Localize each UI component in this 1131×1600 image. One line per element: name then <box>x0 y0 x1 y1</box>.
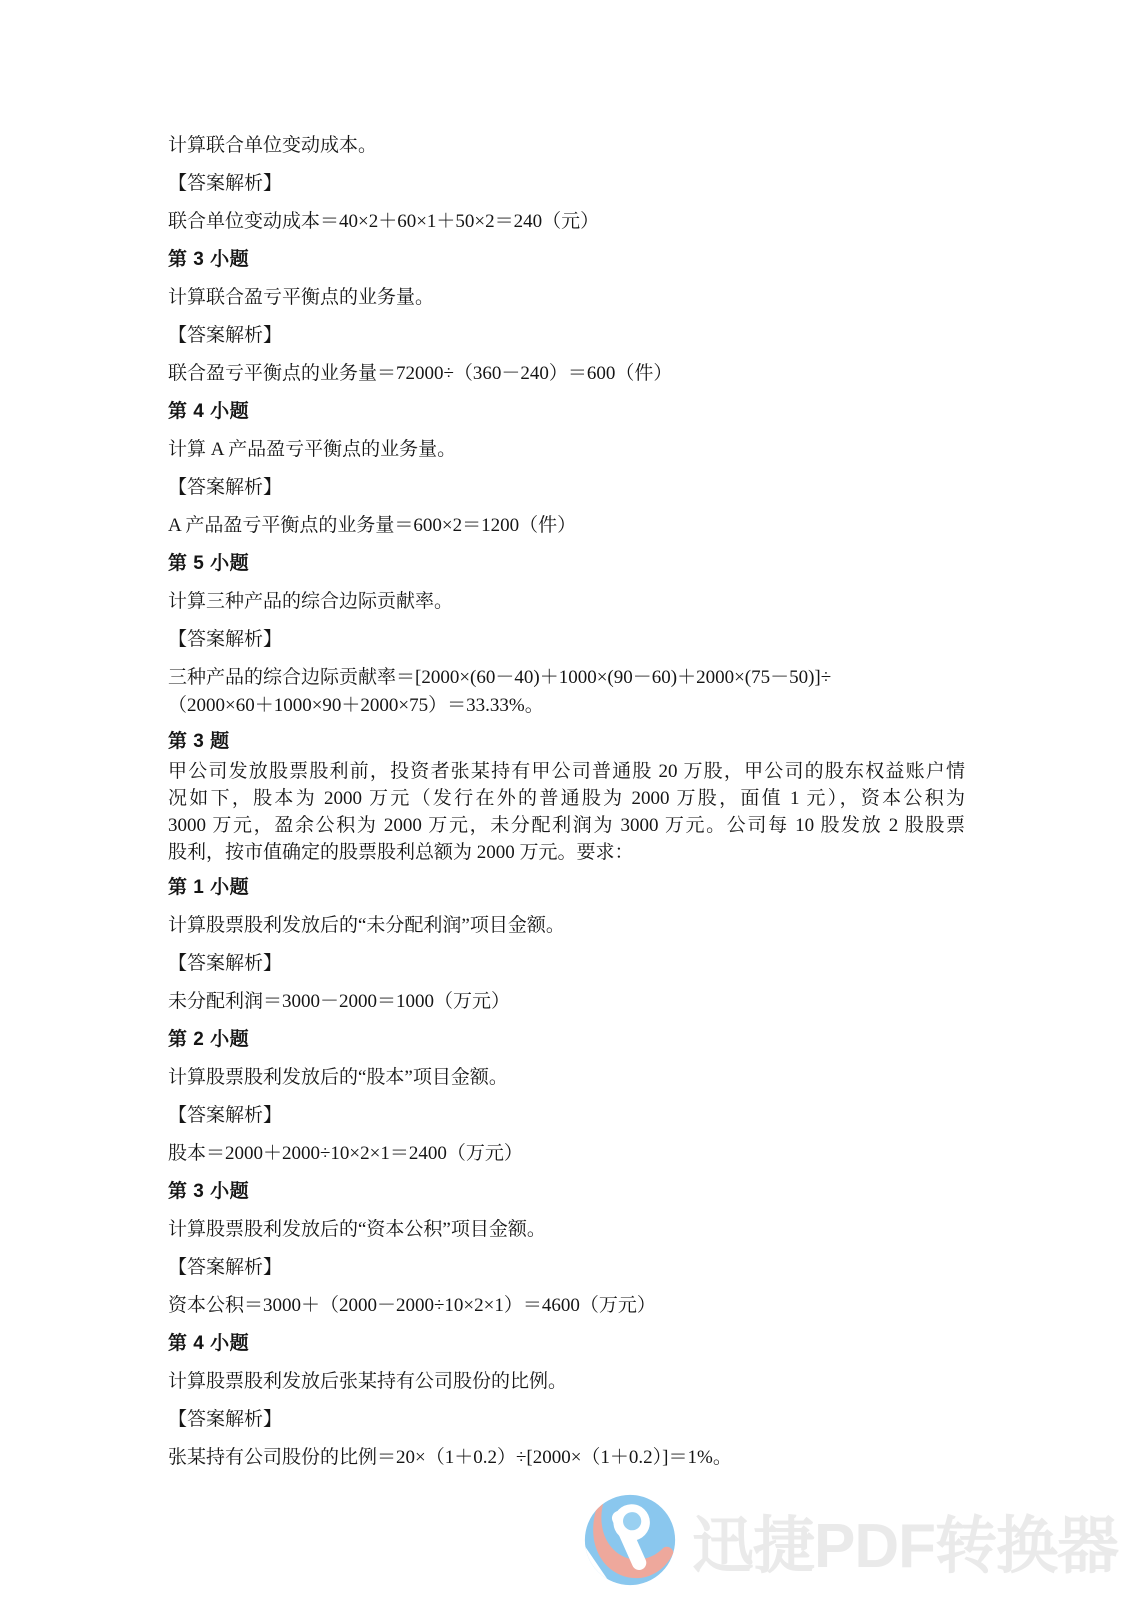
body-line: 计算 A 产品盈亏平衡点的业务量。 <box>168 436 965 464</box>
body-line: 计算股票股利发放后张某持有公司股份的比例。 <box>168 1368 965 1396</box>
text-line: 甲公司发放股票股利前，投资者张某持有甲公司普通股 20 万股，甲公司的股东权益账… <box>168 758 965 785</box>
text-line: （2000×60＋1000×90＋2000×75）＝33.33%。 <box>168 692 965 720</box>
body-line: 计算三种产品的综合边际贡献率。 <box>168 588 965 616</box>
body-line: 联合盈亏平衡点的业务量＝72000÷（360－240）＝600（件） <box>168 360 965 388</box>
body-line: A 产品盈亏平衡点的业务量＝600×2＝1200（件） <box>168 512 965 540</box>
body-line: 计算股票股利发放后的“未分配利润”项目金额。 <box>168 912 965 940</box>
body-line: 计算联合单位变动成本。 <box>168 132 965 160</box>
section-heading: 第 3 小题 <box>168 1178 965 1206</box>
section-heading: 第 5 小题 <box>168 550 965 578</box>
answer-label: 【答案解析】 <box>168 322 965 350</box>
answer-label: 【答案解析】 <box>168 626 965 654</box>
section-heading: 第 3 题 <box>168 728 965 756</box>
formula-block: 三种产品的综合边际贡献率＝[2000×(60－40)＋1000×(90－60)＋… <box>168 664 965 720</box>
answer-label: 【答案解析】 <box>168 950 965 978</box>
text-line: 3000 万元，盈余公积为 2000 万元，未分配利润为 3000 万元。公司每… <box>168 812 965 839</box>
text-line: 三种产品的综合边际贡献率＝[2000×(60－40)＋1000×(90－60)＋… <box>168 664 965 692</box>
answer-label: 【答案解析】 <box>168 1102 965 1130</box>
body-line: 联合单位变动成本＝40×2＋60×1＋50×2＝240（元） <box>168 208 965 236</box>
body-line: 未分配利润＝3000－2000＝1000（万元） <box>168 988 965 1016</box>
body-line: 计算联合盈亏平衡点的业务量。 <box>168 284 965 312</box>
document-text-column: 计算联合单位变动成本。【答案解析】联合单位变动成本＝40×2＋60×1＋50×2… <box>168 132 965 1482</box>
converter-watermark: 迅捷PDF转换器 <box>582 1486 1118 1594</box>
section-heading: 第 4 小题 <box>168 1330 965 1358</box>
body-line: 计算股票股利发放后的“股本”项目金额。 <box>168 1064 965 1092</box>
xunjie-pdf-converter-logo-icon <box>582 1492 678 1588</box>
answer-label: 【答案解析】 <box>168 1254 965 1282</box>
body-line: 股本＝2000＋2000÷10×2×1＝2400（万元） <box>168 1140 965 1168</box>
text-line: 况如下，股本为 2000 万元（发行在外的普通股为 2000 万股，面值 1 元… <box>168 785 965 812</box>
body-line: 张某持有公司股份的比例＝20×（1＋0.2）÷[2000×（1＋0.2）]＝1%… <box>168 1444 965 1472</box>
text-line: 股利，按市值确定的股票股利总额为 2000 万元。要求： <box>168 839 965 866</box>
pdf-page: { "page": { "background": "#ffffff", "te… <box>0 0 1131 1600</box>
section-heading: 第 2 小题 <box>168 1026 965 1054</box>
section-heading: 第 1 小题 <box>168 874 965 902</box>
question-paragraph: 甲公司发放股票股利前，投资者张某持有甲公司普通股 20 万股，甲公司的股东权益账… <box>168 758 965 866</box>
answer-label: 【答案解析】 <box>168 170 965 198</box>
section-heading: 第 3 小题 <box>168 246 965 274</box>
answer-label: 【答案解析】 <box>168 474 965 502</box>
body-line: 资本公积＝3000＋（2000－2000÷10×2×1）＝4600（万元） <box>168 1292 965 1320</box>
answer-label: 【答案解析】 <box>168 1406 965 1434</box>
watermark-text: 迅捷PDF转换器 <box>692 1496 1118 1585</box>
section-heading: 第 4 小题 <box>168 398 965 426</box>
body-line: 计算股票股利发放后的“资本公积”项目金额。 <box>168 1216 965 1244</box>
